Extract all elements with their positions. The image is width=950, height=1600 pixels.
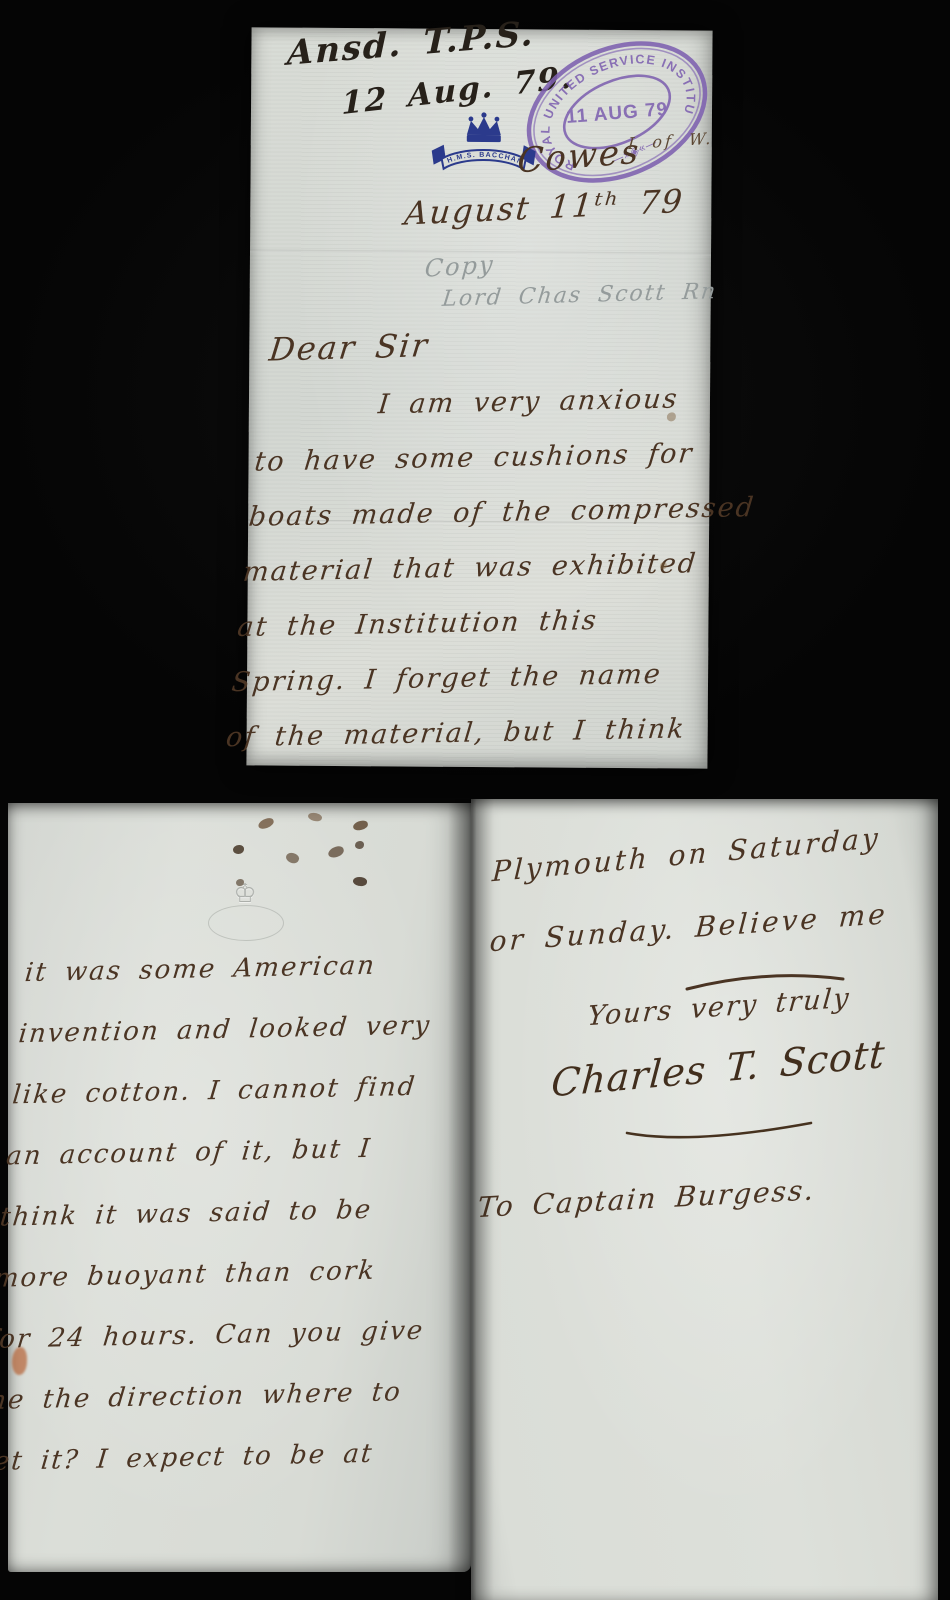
handwritten-line: Plymouth on Saturday xyxy=(491,821,881,888)
ink-blot xyxy=(327,845,345,859)
letter-page-1: Ansd. T.P.S. 12 Aug. 79. ROYAL UNITED SE… xyxy=(246,27,712,768)
letter-page-3: Plymouth on Saturday or Sunday. Believe … xyxy=(471,799,938,1600)
embossed-seal: ♔ xyxy=(190,879,300,943)
ink-blot xyxy=(352,820,369,832)
letter-page-2: ♔ it was some American invention and loo… xyxy=(8,803,471,1572)
handwritten-line: think it was said to be xyxy=(0,1179,433,1249)
signature-flourish xyxy=(621,1117,821,1147)
fox-spot xyxy=(660,562,667,569)
ink-blot xyxy=(307,811,323,822)
handwritten-line: it was some American xyxy=(22,934,458,1004)
ink-blot xyxy=(355,841,364,849)
handwritten-line: Spring. I forget the name xyxy=(229,647,677,711)
handwritten-line: at the Institution this xyxy=(235,591,683,655)
page1-body: I am very anxious to have some cushions … xyxy=(223,371,705,765)
scanned-letter-composite: { "colors": { "background": "#050505", "… xyxy=(0,0,950,1600)
date-line: August 11ᵗʰ 79 xyxy=(403,182,686,233)
pencil-note-author: Lord Chas Scott Rn xyxy=(441,279,719,312)
handwritten-line: an account of it, but I xyxy=(3,1117,439,1187)
docket-annotation-line1: Ansd. T.P.S. xyxy=(287,14,536,74)
salutation: Dear Sir xyxy=(267,326,431,369)
addressee-line: To Captain Burgess. xyxy=(476,1173,817,1224)
handwritten-line: or Sunday. Believe me xyxy=(489,897,889,958)
handwritten-line: invention and looked very xyxy=(16,995,452,1065)
fox-spot xyxy=(667,412,676,421)
pencil-note-copy: Copy xyxy=(424,250,496,283)
ink-blot xyxy=(284,851,300,866)
handwritten-line: material that was exhibited xyxy=(240,536,688,600)
embossed-seal-ring xyxy=(208,905,284,941)
handwritten-line: to have some cushions for xyxy=(252,426,700,490)
handwritten-line: get it? I expect to be at xyxy=(0,1423,408,1493)
handwritten-line: I am very anxious xyxy=(257,371,705,435)
stamp-date: 11 AUG 79 xyxy=(565,99,669,128)
handwritten-line: for 24 hours. Can you give xyxy=(0,1301,421,1371)
handwritten-line: boats made of the compressed xyxy=(246,481,694,545)
handwritten-line: me the direction where to xyxy=(0,1362,414,1432)
page2-body: it was some American invention and looke… xyxy=(0,934,458,1493)
ink-blot xyxy=(352,876,367,887)
handwritten-line: like cotton. I cannot find xyxy=(9,1056,445,1126)
handwritten-line: more buoyant than cork xyxy=(0,1240,427,1310)
handwritten-line: of the material, but I think xyxy=(223,702,671,766)
ink-blot xyxy=(257,817,275,831)
signature: Charles T. Scott xyxy=(550,1032,887,1106)
ink-blot xyxy=(233,845,244,854)
